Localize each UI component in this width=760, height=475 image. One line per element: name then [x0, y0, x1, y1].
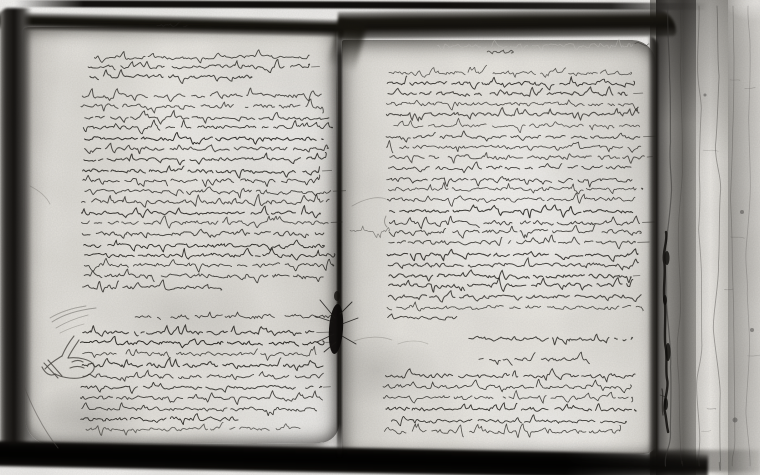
left-spine-edge	[0, 8, 32, 452]
center-binding-gutter	[337, 30, 342, 458]
right-page-curled-edge	[648, 36, 658, 456]
top-edge-band-right	[338, 9, 676, 39]
torn-leaf-strip-1	[656, 0, 696, 475]
damaged-fore-edge-strips	[650, 0, 760, 475]
torn-leaf-strip-3	[728, 0, 760, 475]
torn-leaf-strip-2	[696, 0, 728, 475]
left-page	[23, 25, 340, 445]
manuscript-photo	[0, 0, 760, 475]
book-top-cover-line	[14, 0, 708, 10]
right-page	[342, 40, 656, 454]
